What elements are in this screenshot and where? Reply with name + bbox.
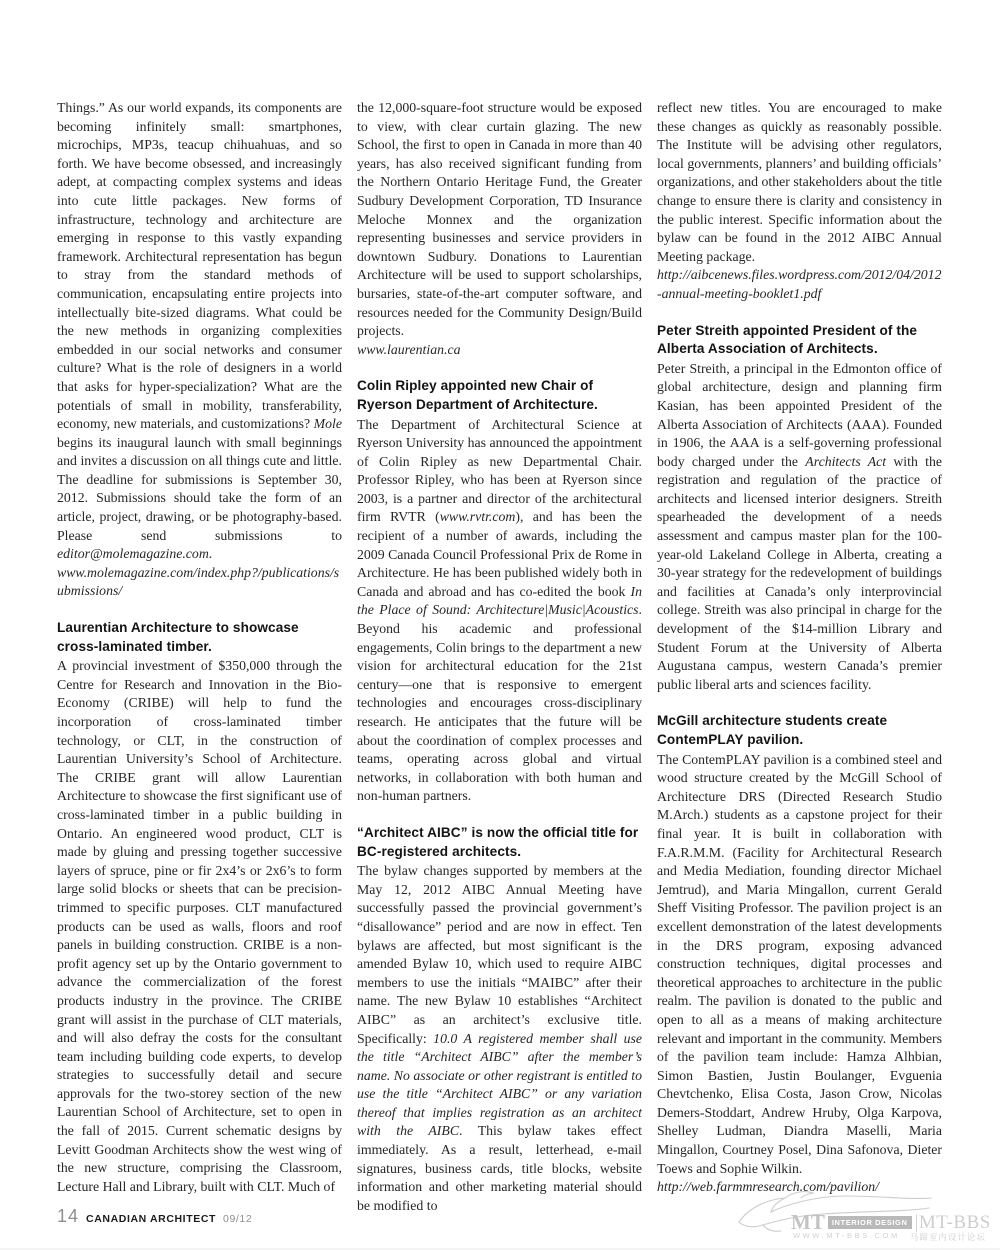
issue-date: 09/12	[223, 1213, 252, 1225]
italic-text-run: www.laurentian.ca	[357, 342, 460, 357]
news-columns: Things.” As our world expands, its compo…	[57, 99, 942, 1215]
text-run: The bylaw changes supported by members a…	[357, 863, 642, 1045]
column-middle: the 12,000-square-foot structure would b…	[357, 99, 642, 1215]
column-left: Things.” As our world expands, its compo…	[57, 99, 342, 1215]
page-footer: 14 CANADIAN ARCHITECT 09/12	[57, 1206, 252, 1227]
article-paragraph: A provincial investment of $350,000 thro…	[57, 657, 342, 1196]
text-run: Peter Streith appointed President of the…	[657, 323, 917, 357]
italic-text-run: Mole	[314, 416, 342, 431]
text-run: The ContemPLAY pavilion is a combined st…	[657, 752, 942, 1176]
section-heading: “Architect AIBC” is now the official tit…	[357, 824, 642, 861]
text-run: A provincial investment of $350,000 thro…	[57, 658, 342, 1194]
printed-url: http://aibcenews.files.wordpress.com/201…	[657, 266, 942, 303]
magazine-name: CANADIAN ARCHITECT	[86, 1213, 216, 1225]
watermark-url: WWW.MT-BBS.COM	[793, 1231, 900, 1243]
text-run: reflect new titles. You are encouraged t…	[657, 100, 942, 264]
article-paragraph: the 12,000-square-foot structure would b…	[357, 99, 642, 341]
italic-text-run: www.molemagazine.com/index.php?/publicat…	[57, 565, 339, 599]
mtbbs-watermark: MT INTERIOR DESIGN |MT-BBS WWW.MT-BBS.CO…	[733, 1188, 948, 1246]
article-paragraph: The ContemPLAY pavilion is a combined st…	[657, 751, 942, 1179]
text-run: Laurentian Architecture to showcase cros…	[57, 620, 299, 654]
printed-url: www.molemagazine.com/index.php?/publicat…	[57, 564, 342, 601]
text-run: “Architect AIBC” is now the official tit…	[357, 825, 638, 859]
section-heading: Laurentian Architecture to showcase cros…	[57, 619, 342, 656]
italic-text-run: http://aibcenews.files.wordpress.com/201…	[657, 267, 941, 301]
text-run: Peter Streith, a principal in the Edmont…	[657, 361, 942, 469]
text-run: . Beyond his academic and professional e…	[357, 602, 642, 803]
text-run: McGill architecture students create Cont…	[657, 713, 887, 747]
text-run: with the registration and regulation of …	[657, 454, 942, 692]
section-heading: Colin Ripley appointed new Chair of Ryer…	[357, 377, 642, 414]
watermark-interior-design-badge: INTERIOR DESIGN	[828, 1216, 912, 1229]
text-run: .	[209, 546, 212, 561]
magazine-page: Things.” As our world expands, its compo…	[0, 0, 1000, 1250]
text-run: the 12,000-square-foot structure would b…	[357, 100, 642, 338]
printed-url: www.laurentian.ca	[357, 341, 642, 360]
article-paragraph: Peter Streith, a principal in the Edmont…	[657, 360, 942, 695]
section-heading: Peter Streith appointed President of the…	[657, 322, 942, 359]
text-run: begins its inaugural launch with small b…	[57, 435, 342, 543]
watermark-row-2: WWW.MT-BBS.COM 马蹄室内设计论坛	[793, 1231, 986, 1243]
article-paragraph: Things.” As our world expands, its compo…	[57, 99, 342, 564]
text-run: Things.” As our world expands, its compo…	[57, 100, 342, 431]
italic-text-run: editor@molemagazine.com	[57, 546, 209, 561]
italic-text-run: Architects Act	[805, 454, 886, 469]
article-paragraph: The bylaw changes supported by members a…	[357, 862, 642, 1215]
article-paragraph: reflect new titles. You are encouraged t…	[657, 99, 942, 266]
column-right: reflect new titles. You are encouraged t…	[657, 99, 942, 1215]
section-heading: McGill architecture students create Cont…	[657, 712, 942, 749]
watermark-chinese-text: 马蹄室内设计论坛	[910, 1231, 986, 1243]
italic-text-run: www.rvtr.com	[440, 509, 516, 524]
text-run: Colin Ripley appointed new Chair of Ryer…	[357, 378, 598, 412]
article-paragraph: The Department of Architectural Science …	[357, 416, 642, 806]
page-number: 14	[57, 1206, 79, 1227]
